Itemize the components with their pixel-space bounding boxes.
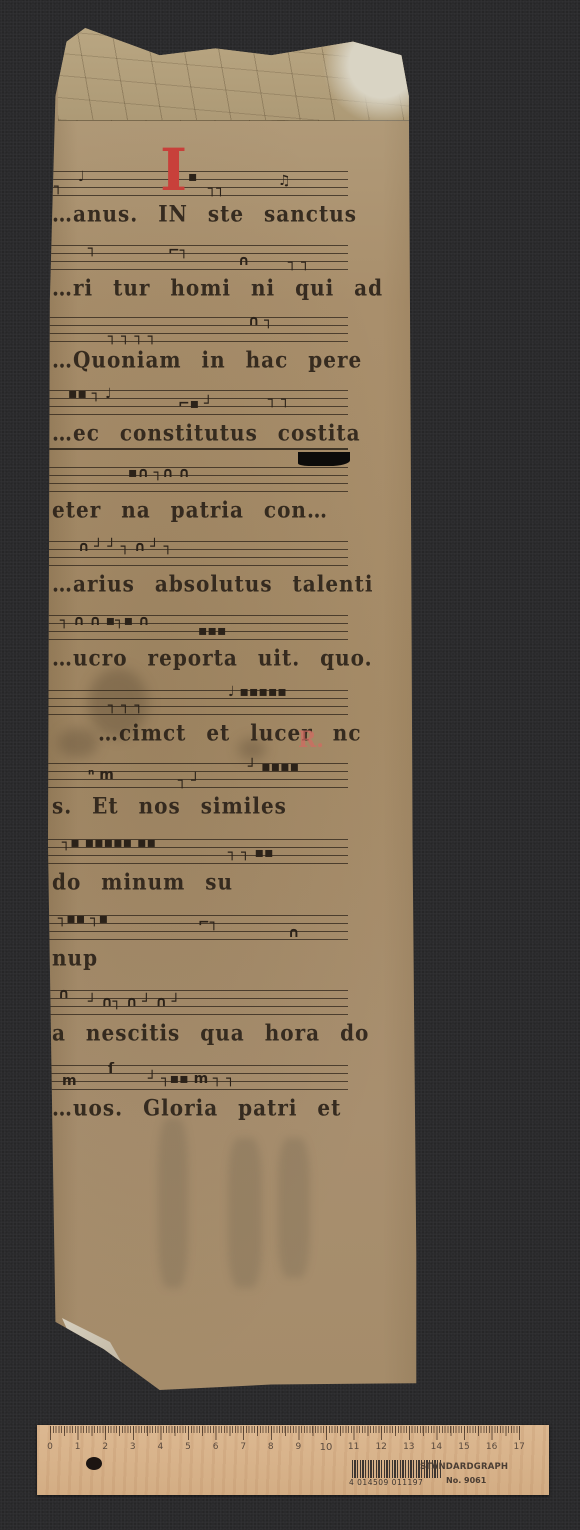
ruler-number: 6 [213, 1442, 219, 1452]
music-row: ♩ ┐ ▪ ┐┐ ♫ I …anus. IN ste sanctus [48, 164, 348, 226]
music-row: ∩ ┐ ┐ ┐ ┐ ┐ …Quoniam in hac pere [48, 310, 348, 372]
lyric-line: …ec constitutus costita [48, 420, 348, 446]
barcode-number: 4 014509 011197 [349, 1478, 423, 1487]
music-row: ∩ ┘ ∩┐ ∩ ┘ ∩ ┘ a nescitis qua hora do [48, 983, 348, 1045]
ruler-number: 14 [431, 1442, 442, 1452]
music-row: ⁿ m ┐ ┘ ┘ ▪▪▪▪ s. Et nos similes [48, 756, 348, 818]
lyric-line: a nescitis qua hora do [48, 1020, 348, 1046]
lyric-line: eter na patria con… [48, 497, 348, 523]
staff: ┐ ⌐┐ ∩ ┐ ┐ [48, 238, 348, 272]
staff: ┐ ∩ ∩ ▪┐▪ ∩ ▪▪▪ [48, 608, 348, 642]
lyric-line: …ucro reporta uit. quo. [48, 645, 348, 671]
music-row: ∩ ┘ ┘ ┐ ∩ ┘ ┐ …arius absolutus talenti [48, 534, 348, 596]
ruler-number: 15 [458, 1442, 469, 1452]
ruler-number: 16 [486, 1442, 497, 1452]
music-row: m ſ ┘ ┐▪▪ m ┐ ┐ …uos. Gloria patri et [48, 1058, 348, 1120]
staff: ⁿ m ┐ ┘ ┘ ▪▪▪▪ [48, 756, 348, 790]
ruler-number: 5 [185, 1442, 191, 1452]
response-rubric: R. [298, 727, 324, 753]
music-row: ┐▪▪ ┐▪ ⌐┐ ∩ nup [48, 908, 348, 970]
ruler-hang-hole [86, 1457, 102, 1470]
lyric-line: do minum su [48, 869, 348, 895]
ruler-number: 1 [75, 1442, 81, 1452]
ruler-number: 10 [320, 1442, 333, 1453]
lyric-line: …Quoniam in hac pere [48, 347, 348, 373]
music-row: ┐ ∩ ∩ ▪┐▪ ∩ ▪▪▪ …ucro reporta uit. quo. [48, 608, 348, 670]
ruler-number: 8 [268, 1442, 274, 1452]
staff: ∩ ┐ ┐ ┐ ┐ ┐ [48, 310, 348, 344]
ruler-number: 11 [348, 1442, 359, 1452]
staff: ┐ ┐ ┐ ♩ ▪▪▪▪▪ [48, 683, 348, 717]
staff: ▪▪ ┐ ♩ ⌐▪ ┘ ┐ ┐ [48, 383, 348, 417]
ruler-number: 3 [130, 1442, 136, 1452]
lyric-line: …arius absolutus talenti [48, 571, 348, 597]
ruler-major-ticks [50, 1426, 522, 1440]
ruler-number: 2 [102, 1442, 108, 1452]
ruler-brand: STANDARDGRAPH [420, 1462, 508, 1472]
staff: ♩ ┐ ▪ ┐┐ ♫ [48, 164, 348, 198]
ruler-number: 17 [513, 1442, 524, 1452]
ruler-number: 9 [296, 1442, 302, 1452]
ruler-number: 4 [158, 1442, 164, 1452]
photo-stage: ♩ ┐ ▪ ┐┐ ♫ I …anus. IN ste sanctus ┐ ⌐┐ … [0, 0, 580, 1530]
staff: ∩ ┘ ∩┐ ∩ ┘ ∩ ┘ [48, 983, 348, 1017]
staff: ┐▪▪ ┐▪ ⌐┐ ∩ [48, 908, 348, 942]
lyric-line: …ri tur homi ni qui ad [48, 275, 348, 301]
lyric-line: …uos. Gloria patri et [48, 1095, 348, 1121]
scale-ruler: 0 1 2 3 4 5 6 7 8 9 10 11 12 13 14 15 16… [37, 1425, 549, 1495]
lyric-line: nup [48, 945, 348, 971]
staff: ┐▪ ▪▪▪▪▪ ▪▪ ┐ ┐ ▪▪ [48, 832, 348, 866]
red-initial: I [160, 136, 187, 204]
music-row: ┐▪ ▪▪▪▪▪ ▪▪ ┐ ┐ ▪▪ do minum su [48, 832, 348, 894]
ruler-number: 0 [47, 1442, 53, 1452]
lyric-line: …anus. IN ste sanctus [48, 201, 348, 227]
ruler-number: 12 [375, 1442, 386, 1452]
tear-line [48, 448, 348, 450]
ruler-model: No. 9061 [446, 1476, 486, 1485]
water-drip [228, 1138, 262, 1288]
parchment-fragment: ♩ ┐ ▪ ┐┐ ♫ I …anus. IN ste sanctus ┐ ⌐┐ … [48, 28, 420, 1390]
music-row: ▪∩ ┐∩ ∩ eter na patria con… [48, 460, 348, 522]
music-row: ┐ ⌐┐ ∩ ┐ ┐ …ri tur homi ni qui ad [48, 238, 348, 300]
water-drip [158, 1118, 188, 1288]
staff: ▪∩ ┐∩ ∩ [48, 460, 348, 494]
staff: m ſ ┘ ┐▪▪ m ┐ ┐ [48, 1058, 348, 1092]
water-drip [278, 1138, 310, 1278]
staff: ∩ ┘ ┘ ┐ ∩ ┘ ┐ [48, 534, 348, 568]
damaged-top-edge [58, 28, 410, 121]
ruler-number: 7 [240, 1442, 246, 1452]
ruler-number: 13 [403, 1442, 414, 1452]
lyric-line: s. Et nos similes [48, 793, 348, 819]
music-row: ▪▪ ┐ ♩ ⌐▪ ┘ ┐ ┐ …ec constitutus costita [48, 383, 348, 445]
music-row: ┐ ┐ ┐ ♩ ▪▪▪▪▪ …cimct et lucer nc R. [48, 683, 348, 745]
curled-corner [62, 1318, 142, 1398]
